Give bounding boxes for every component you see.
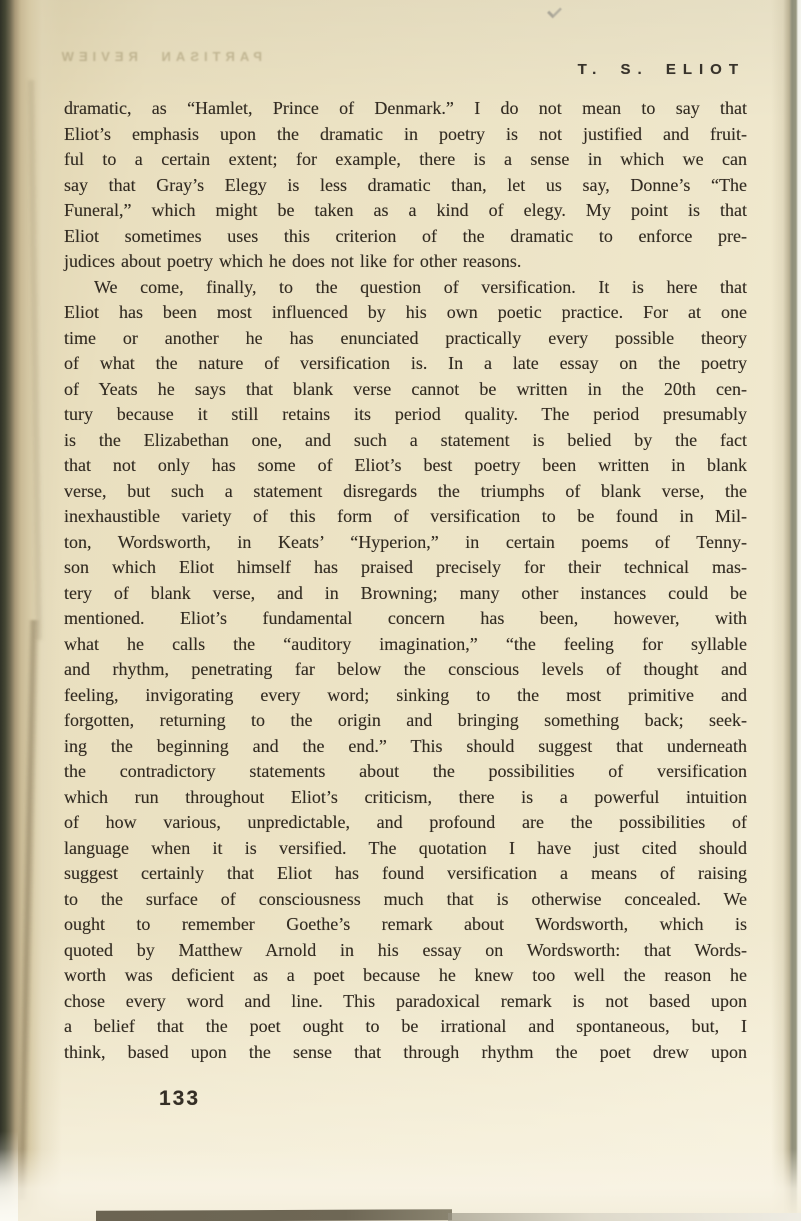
- page-number: 133: [159, 1087, 200, 1111]
- text-line: a belief that the poet ought to be irrat…: [64, 1014, 747, 1040]
- book-page-scan: PARTISAN REVIEW T. S. ELIOT dramatic, as…: [0, 0, 801, 1221]
- text-line: chose every word and line. This paradoxi…: [64, 989, 747, 1015]
- text-line: the contradictory statements about the p…: [64, 759, 747, 785]
- text-line: inexhaustible variety of this form of ve…: [64, 504, 747, 530]
- scan-artifact-icon: [547, 4, 562, 19]
- text-line: language when it is versified. The quota…: [64, 836, 747, 862]
- text-line: quoted by Matthew Arnold in his essay on…: [64, 938, 747, 964]
- text-line: mentioned. Eliot’s fundamental concern h…: [64, 606, 747, 632]
- text-line: ought to remember Goethe’s remark about …: [64, 912, 747, 938]
- text-line: Eliot’s emphasis upon the dramatic in po…: [64, 122, 747, 148]
- text-line: to the surface of consciousness much tha…: [64, 887, 747, 913]
- text-line: forgotten, returning to the origin and b…: [64, 708, 747, 734]
- page-corner-highlight: [0, 1131, 18, 1221]
- text-line: of how various, unpredictable, and profo…: [64, 810, 747, 836]
- text-line: and rhythm, penetrating far below the co…: [64, 657, 747, 683]
- text-line: of what the nature of versification is. …: [64, 351, 747, 377]
- book-bottom-edge-light: [448, 1213, 801, 1221]
- text-line: We come, finally, to the question of ver…: [64, 275, 747, 301]
- text-line: ful to a certain extent; for example, th…: [64, 147, 747, 173]
- text-line: worth was deficient as a poet because he…: [64, 963, 747, 989]
- text-line: that not only has some of Eliot’s best p…: [64, 453, 747, 479]
- text-block: dramatic, as “Hamlet, Prince of Denmark.…: [64, 96, 747, 1065]
- text-line: what he calls the “auditory imagination,…: [64, 632, 747, 658]
- running-head: T. S. ELIOT: [578, 61, 745, 78]
- text-line: ton, Wordsworth, in Keats’ “Hyperion,” i…: [64, 530, 747, 556]
- text-line: judices about poetry which he does not l…: [64, 249, 747, 275]
- text-line: say that Gray’s Elegy is less dramatic t…: [64, 173, 747, 199]
- text-line: tery of blank verse, and in Browning; ma…: [64, 581, 747, 607]
- text-line: dramatic, as “Hamlet, Prince of Denmark.…: [64, 96, 747, 122]
- ghost-bleedthrough-text: PARTISAN REVIEW: [52, 49, 262, 64]
- book-bottom-edge-shadow: [96, 1209, 452, 1221]
- text-line: son which Eliot himself has praised prec…: [64, 555, 747, 581]
- text-line: time or another he has enunciated practi…: [64, 326, 747, 352]
- text-line: Eliot sometimes uses this criterion of t…: [64, 224, 747, 250]
- text-line: Eliot has been most influenced by his ow…: [64, 300, 747, 326]
- text-line: Funeral,” which might be taken as a kind…: [64, 198, 747, 224]
- text-line: tury because it still retains its period…: [64, 402, 747, 428]
- text-line: think, based upon the sense that through…: [64, 1040, 747, 1066]
- text-line: verse, but such a statement disregards t…: [64, 479, 747, 505]
- text-line: ing the beginning and the end.” This sho…: [64, 734, 747, 760]
- text-line: suggest certainly that Eliot has found v…: [64, 861, 747, 887]
- text-line: of Yeats he says that blank verse cannot…: [64, 377, 747, 403]
- text-line: is the Elizabethan one, and such a state…: [64, 428, 747, 454]
- text-line: feeling, invigorating every word; sinkin…: [64, 683, 747, 709]
- text-line: which run throughout Eliot’s criticism, …: [64, 785, 747, 811]
- page-right-edge: [771, 0, 801, 1221]
